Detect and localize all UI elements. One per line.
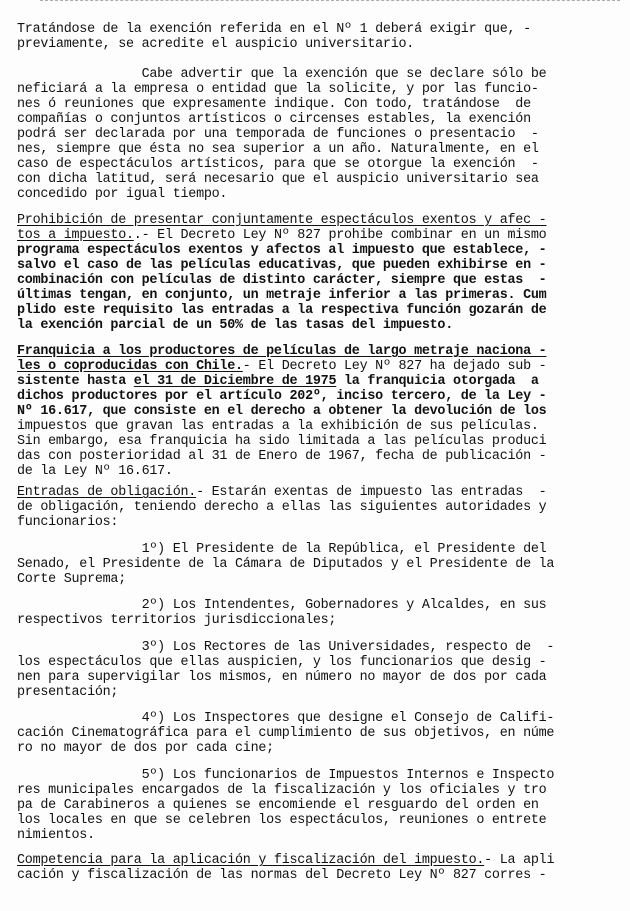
text-run: sistente hasta bbox=[17, 374, 134, 389]
text-line: Senado, el Presidente de la Cámara de Di… bbox=[17, 557, 554, 572]
text-line: tos a impuesto..- El Decreto Ley Nº 827 … bbox=[17, 228, 546, 243]
text-line: concedido por igual tiempo. bbox=[17, 187, 227, 202]
text-line: con dicha latitud, será necesario que el… bbox=[17, 172, 539, 187]
text-run: - Estarán exentas de impuesto las entrad… bbox=[196, 485, 546, 500]
text-run: .- El Decreto Ley Nº 827 prohibe combina… bbox=[134, 228, 547, 243]
text-line: ro no mayor de dos por cada cine; bbox=[17, 741, 274, 756]
list-item-4: 4º) Los Inspectores que designe el Conse… bbox=[17, 711, 554, 726]
text-line: compañías o conjuntos artísticos o circe… bbox=[17, 112, 531, 127]
text-line: nes ó reuniones que expresamente indique… bbox=[17, 97, 531, 112]
text-line: de la Ley Nº 16.617. bbox=[17, 464, 173, 479]
text-line: Cabe advertir que la exención que se dec… bbox=[17, 67, 546, 82]
text-line: nes, siempre que ésta no sea superior a … bbox=[17, 142, 539, 157]
section-heading-franquicia-cont: les o coproducidas con Chile. bbox=[17, 359, 243, 374]
list-item-2: 2º) Los Intendentes, Gobernadores y Alca… bbox=[17, 598, 546, 613]
text-line: cación Cinematográfica para el cumplimie… bbox=[17, 726, 554, 741]
text-line: presentación; bbox=[17, 685, 118, 700]
text-line: les o coproducidas con Chile.- El Decret… bbox=[17, 359, 546, 374]
text-run: - La apli bbox=[484, 853, 554, 868]
text-line: nen para supervigilar los mismos, en núm… bbox=[17, 670, 546, 685]
list-item-3: 3º) Los Rectores de las Universidades, r… bbox=[17, 640, 554, 655]
text-line: impuestos que gravan las entradas a la e… bbox=[17, 419, 539, 434]
text-line: combinación con películas de distinto ca… bbox=[17, 273, 546, 288]
text-line: das con posterioridad al 31 de Enero de … bbox=[17, 449, 546, 464]
text-run: - El Decreto Ley Nº 827 ha dejado sub - bbox=[243, 359, 547, 374]
text-run: la franquicia otorgada a bbox=[336, 374, 538, 389]
list-item-5: 5º) Los funcionarios de Impuestos Intern… bbox=[17, 768, 554, 783]
page-top-edge bbox=[40, 0, 620, 3]
text-line: últimas tengan, en conjunto, un metraje … bbox=[17, 288, 546, 303]
text-line: funcionarios: bbox=[17, 515, 118, 530]
text-line: neficiará a la empresa o entidad que la … bbox=[17, 82, 539, 97]
text-line: cación y fiscalización de las normas del… bbox=[17, 868, 546, 883]
text-line: Corte Suprema; bbox=[17, 572, 126, 587]
text-line: los espectáculos que ellas auspicien, y … bbox=[17, 655, 546, 670]
text-line: salvo el caso de las películas educativa… bbox=[17, 258, 546, 273]
text-line: plido este requisito las entradas a la r… bbox=[17, 303, 546, 318]
text-line: de obligación, teniendo derecho a ellas … bbox=[17, 500, 546, 515]
section-heading-franquicia: Franquicia a los productores de película… bbox=[17, 344, 546, 359]
text-line: Tratándose de la exención referida en el… bbox=[17, 22, 531, 37]
underlined-date: el 31 de Diciembre de 1975 bbox=[134, 374, 336, 389]
text-line: Sin embargo, esa franquicia ha sido limi… bbox=[17, 434, 546, 449]
text-line: dichos productores por el artículo 202º,… bbox=[17, 389, 546, 404]
text-line: programa espectáculos exentos y afectos … bbox=[17, 243, 546, 258]
text-line: respectivos territorios jurisdiccionales… bbox=[17, 613, 336, 628]
typewritten-page: Tratándose de la exención referida en el… bbox=[0, 0, 630, 911]
text-line: Nº 16.617, que consiste en el derecho a … bbox=[17, 404, 546, 419]
text-line: nimientos. bbox=[17, 828, 95, 843]
list-item-1: 1º) El Presidente de la República, el Pr… bbox=[17, 542, 546, 557]
section-heading-prohibicion: Prohibición de presentar conjuntamente e… bbox=[17, 213, 546, 228]
section-heading-entradas: Entradas de obligación. bbox=[17, 485, 196, 500]
section-heading-competencia: Competencia para la aplicación y fiscali… bbox=[17, 853, 484, 868]
text-line: sistente hasta el 31 de Diciembre de 197… bbox=[17, 374, 539, 389]
text-line: previamente, se acredite el auspicio uni… bbox=[17, 37, 414, 52]
text-line: res municipales encargados de la fiscali… bbox=[17, 783, 546, 798]
text-line: los locales en que se celebren los espec… bbox=[17, 813, 546, 828]
text-line: la exención parcial de un 50% de las tas… bbox=[17, 318, 453, 333]
text-line: pa de Carabineros a quienes se encomiend… bbox=[17, 798, 539, 813]
text-line: Competencia para la aplicación y fiscali… bbox=[17, 853, 554, 868]
section-heading-prohibicion-cont: tos a impuesto. bbox=[17, 228, 134, 243]
text-line: Entradas de obligación.- Estarán exentas… bbox=[17, 485, 546, 500]
text-line: podrá ser declarada por una temporada de… bbox=[17, 127, 539, 142]
text-line: caso de espectáculos artísticos, para qu… bbox=[17, 157, 539, 172]
